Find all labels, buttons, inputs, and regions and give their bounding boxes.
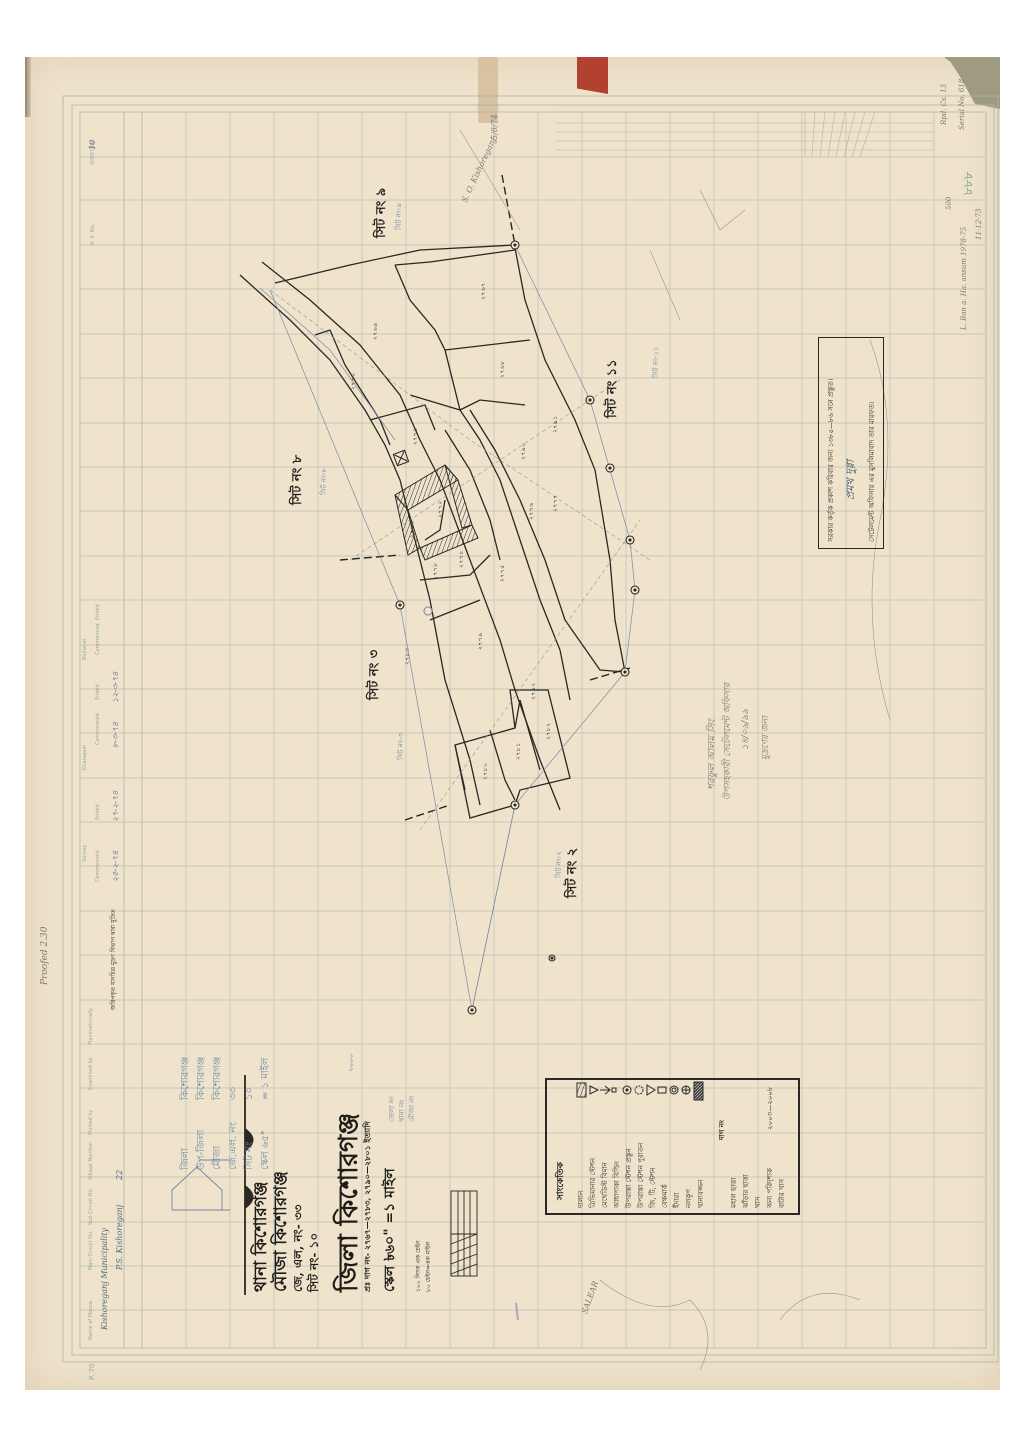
pencil-note-district: জিলা xyxy=(178,1148,195,1170)
adjacent-sheet-3: সিট নং ৩ xyxy=(365,650,386,700)
legend-item-building: দালান xyxy=(575,1191,587,1208)
legend-item-well: ইঁদারা xyxy=(671,1193,683,1208)
plot-number: ২৭৭৬ xyxy=(526,502,537,520)
header-col-main-circuit: Main Circuit No. xyxy=(88,1230,94,1270)
plot-number: ২৭৯২ xyxy=(528,682,539,700)
adjacent-sheet-8: সিট নং ৮ xyxy=(288,455,309,505)
plot-range: প্রঃ দাগ নং- ২৭৬৭—২৭৮৩, ২৭৯০—২৮০১ ইত্যাদ… xyxy=(362,1121,375,1292)
legend-item-hatched: খানাবজ্জন xyxy=(695,1180,707,1208)
handwritten-note-print: মুদ্রণের জন্য xyxy=(758,716,773,760)
pencil-note-subdistrict: উপ-জিলা xyxy=(194,1130,211,1170)
scale-bar xyxy=(451,1191,477,1276)
plot-table-row-4: অন্য পরিদৃশ্যক xyxy=(764,1168,776,1208)
survey-commenced-label: Commenced xyxy=(95,850,101,882)
plot-table-row-5: বাটার খাস xyxy=(776,1179,788,1208)
khanapuri-commenced-label: Commenced xyxy=(95,713,101,745)
blue-note-1: ২০০০ xyxy=(345,1054,357,1072)
header-col-planimetrically: Planimetrically xyxy=(88,1008,94,1045)
plot-number: ২৭৮১ xyxy=(513,742,524,760)
sheet-boundary-dashes xyxy=(340,175,630,820)
sheet-no-title: সিট নং- ১০ xyxy=(306,1233,326,1292)
khanapuri-ended-date: ১২-৩-৭৪ xyxy=(110,672,123,703)
pencil-note-scale: স্কেল ৬৫" xyxy=(258,1131,275,1170)
printed-note: জরিপকৃত মানচিত্র মুদ্রণ বিভাগ দ্বারা মুদ… xyxy=(108,909,119,1010)
legend-item-semi-pucca: আধাপাকা বিল্ডিং xyxy=(611,1161,623,1208)
frame-lines xyxy=(63,96,998,1362)
plot-number: ২৭৭৩ xyxy=(407,520,418,538)
legend-title: সাংকেতিক xyxy=(553,1162,568,1200)
plot-number: ২৭৮২ xyxy=(543,722,554,740)
plot-table-row-3: খাস xyxy=(752,1197,764,1208)
top-right-pencil-1: Rpd. Cs. 13 xyxy=(940,84,948,125)
header-col-sub-circuit: Sub Circuit No. xyxy=(88,1188,94,1225)
legend-item-tubewell: নলকূপ xyxy=(683,1189,695,1208)
village-number-handwritten: 22 xyxy=(115,1170,124,1180)
certification-line2: সেটেলমেন্ট অফিসার এর মুসলিমাবাদ তার মারফ… xyxy=(866,401,878,542)
adjacent-sheet-2: সিট নং ২ xyxy=(563,848,584,898)
header-col-survey: Survey xyxy=(82,845,88,862)
plot-number: ২৭৬৭ xyxy=(478,282,489,300)
legend-item-church: মেথেডিস্ট বিমান xyxy=(599,1162,611,1208)
header-col-bujharat: Bujharat xyxy=(82,639,88,660)
purple-mark xyxy=(516,1303,518,1320)
adjacent-sheet-3-pencil: সিট নং-৩ xyxy=(395,733,407,760)
footer-code: P. 70 xyxy=(88,1364,96,1381)
handwritten-note-date: ১৪/০৯/৯৯ xyxy=(738,709,753,750)
legend-item-gt-station: জি, টি, স্টেশন xyxy=(647,1168,659,1209)
right-margin-circles: ৮৮৮ xyxy=(960,172,980,195)
mauza-handwritten: Kishoreganj Municipality xyxy=(100,1228,109,1330)
scale-text: স্কেল ৳৬০" =১ মাইল xyxy=(378,1168,402,1292)
pencil-value-sheet: ১০ xyxy=(242,1087,259,1100)
plot-number: ২৭৮৩ xyxy=(402,647,413,665)
adjacent-sheet-9-pencil: সিট নং-৯ xyxy=(393,203,405,230)
left-pencil-note: Proofed 2.30 xyxy=(40,926,50,985)
plot-number: ২৭৭৭ xyxy=(550,494,561,512)
bujharat-commenced-label: Commenced xyxy=(95,623,101,655)
top-pencil-date: 5/8/74 xyxy=(490,114,499,140)
plot-number: ২৭৭৮ xyxy=(430,562,441,580)
legend-item-benchmark: বেঞ্চমার্ক xyxy=(659,1184,671,1208)
plot-number: ২৭৭৫ xyxy=(497,564,508,582)
bujharat-ended-label: Ended xyxy=(95,604,101,620)
pencil-note-mouza: মৌজা xyxy=(210,1146,227,1170)
pencil-value-jl: ৩৩ xyxy=(226,1087,243,1100)
parcel-boundaries xyxy=(240,245,625,818)
rs-no-label: R. S. No. xyxy=(90,224,96,245)
scale-bar-label-bottom: ৮০ চেইন=এক মাইল xyxy=(423,1242,434,1292)
header-col-examined-by: Examined by xyxy=(88,1057,94,1090)
circuit-handwritten: P.S. Kishoreganj xyxy=(115,1205,124,1270)
plot-number: ২৭৭২ xyxy=(435,500,446,518)
blue-note-4: মৌজা নং xyxy=(406,1096,418,1122)
plot-table-header: দাগ নং xyxy=(716,1120,728,1140)
plot-number: ২৭৭১ xyxy=(410,427,421,445)
header-col-mauza: Name of Mauza xyxy=(88,1301,94,1340)
header-col-village-number: Village Number xyxy=(88,1142,94,1180)
certification-line1: সরকার কর্তৃক প্রকাশ করিবার জন্য ১৩৮৫—৮৬ … xyxy=(825,379,837,542)
pencil-value-mouza: কিশোরগঞ্জ xyxy=(210,1057,227,1100)
survey-ended-date: ২৭-২-৭৪ xyxy=(110,791,123,822)
khanapuri-ended-label: Ended xyxy=(95,684,101,700)
survey-ended-label: Ended xyxy=(95,804,101,820)
adjacent-sheet-2-pencil: সিট নং-২ xyxy=(553,851,565,878)
legend-item-trig-station: ত্রিভিমানার স্টেশন xyxy=(587,1158,599,1208)
top-right-pencil-2: Serial No. 618 xyxy=(958,79,966,130)
plot-number: ২৭৬৮ xyxy=(497,360,508,378)
plot-number: ২৭৯০ xyxy=(518,442,529,460)
plot-number: ২৭৭৪ xyxy=(456,550,467,568)
plot-table-row-2: ঝাঁড়ার ছাত্তা xyxy=(740,1174,752,1208)
pencil-value-district: কিশোরগঞ্জ xyxy=(178,1057,195,1100)
plot-number: ২৭৬৯ xyxy=(370,322,381,340)
top-scale-strip xyxy=(556,112,934,157)
pencil-value-scale: = ১ মাইল xyxy=(258,1058,275,1100)
pencil-value-subdistrict: কিশোরগঞ্জ xyxy=(194,1057,211,1100)
right-margin-date: 11-12-73 xyxy=(975,209,983,240)
adjacent-sheet-11-pencil: সিট নং-১১ xyxy=(650,347,662,378)
adjacent-sheet-8-pencil: সিট নং-৮ xyxy=(318,468,330,495)
adjacent-sheet-9: সিট নং ৯ xyxy=(372,188,393,238)
certification-signature: প্রমথ দুগ্গা xyxy=(842,460,861,500)
survey-commenced-date: ২৫-২-৭৪ xyxy=(110,851,123,882)
adjacent-sheet-11: সিট নং ১১ xyxy=(603,359,624,418)
plot-table-row-4-value: ২০০৩—২০০৮ xyxy=(764,1087,776,1130)
right-margin-number: 500 xyxy=(945,197,953,210)
plot-number: ২৭৮০ xyxy=(480,762,491,780)
header-col-khanapuri: Khanapuri xyxy=(82,744,88,770)
pencil-note-jl: জে.এল. নং xyxy=(226,1122,243,1170)
khanapuri-commenced-date: ৮-৩-৭৪ xyxy=(110,722,123,748)
plot-table-row-1: মহাল ছাত্তা xyxy=(728,1178,740,1208)
plot-number: ২৭৭০ xyxy=(348,372,359,390)
plot-number: ২৭৯১ xyxy=(550,415,561,433)
right-margin-note: L. Ban a. Ha. ansum 1978-75 xyxy=(960,227,968,330)
map-linework xyxy=(0,0,1024,1449)
legend-item-traverse-new: উপরাস্তা স্টেশন প্রস্তুন xyxy=(623,1148,635,1208)
handwritten-note-title: উপসহকারী সেটেলমেন্ট অফিসার xyxy=(720,683,735,800)
pencil-note-sheet: সিট নং xyxy=(242,1142,259,1170)
plot-number: ২৭৭৯ xyxy=(475,632,486,650)
legend-item-traverse-old: উপরাস্তা স্টেশন পুরাতন xyxy=(635,1143,647,1208)
sheet-no-value: 10 xyxy=(88,140,97,150)
header-col-plotted-by: Plotted by xyxy=(88,1110,94,1135)
traverse-stations xyxy=(396,241,639,1014)
